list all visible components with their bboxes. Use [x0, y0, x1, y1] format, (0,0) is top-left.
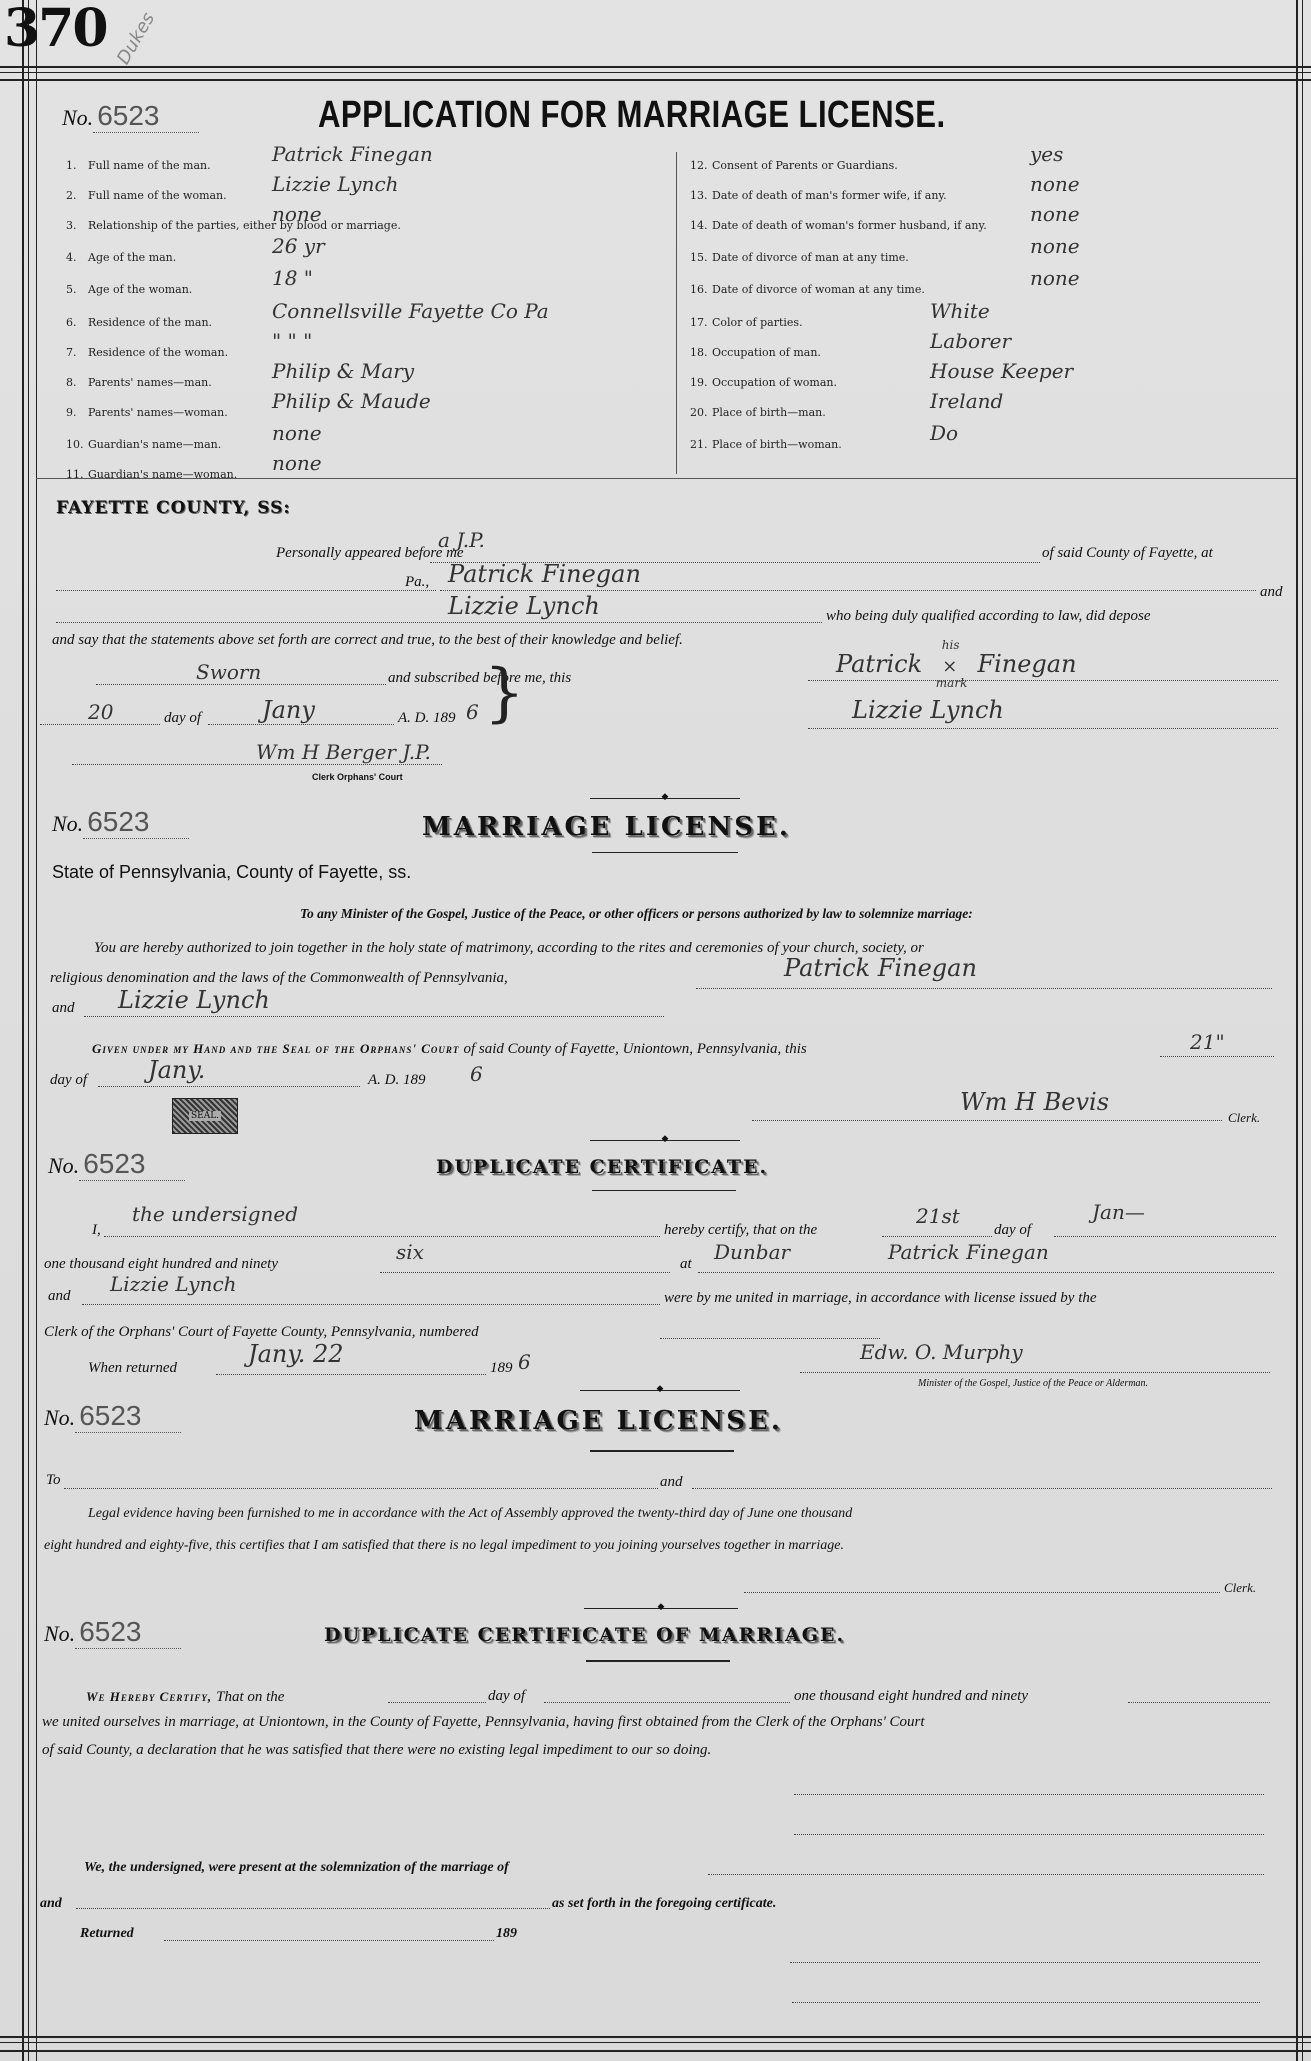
returned-year: 189	[496, 1926, 517, 1942]
certify-text: hereby certify, that on the	[664, 1222, 817, 1239]
application-field-row: 20.Place of birth—man.	[690, 403, 826, 421]
license-month: Jany.	[148, 1056, 205, 1084]
bottom-rule	[0, 2036, 1311, 2038]
statement-text: and say that the statements above set fo…	[52, 632, 683, 649]
field-number: 13.	[690, 189, 712, 202]
day-of-text: day of	[50, 1072, 87, 1089]
field-number: 6.	[66, 316, 88, 329]
given-caps: Given under my Hand and the Seal of the …	[92, 1041, 459, 1056]
application-field-row: 19.Occupation of woman.	[690, 373, 837, 391]
field-number: 15.	[690, 251, 712, 264]
and-text: and	[40, 1896, 62, 1912]
returned-year-digit: 6	[518, 1350, 531, 1374]
number-value: 6523	[75, 1400, 181, 1433]
that-on-text: That on the	[216, 1689, 284, 1705]
signature-line-1	[794, 1794, 1264, 1795]
given-day: 21"	[1190, 1030, 1225, 1054]
returned-line	[164, 1940, 494, 1941]
field-label: Full name of the man.	[88, 159, 211, 172]
field-value: none	[272, 421, 322, 445]
year-text: one thousand eight hundred and ninety	[44, 1256, 278, 1273]
seal-text: SEAL.	[189, 1111, 221, 1121]
field-label: Consent of Parents or Guardians.	[712, 159, 898, 172]
license2-title: MARRIAGE LICENSE.	[414, 1406, 783, 1436]
man-name-line	[696, 988, 1272, 989]
field-number: 5.	[66, 283, 88, 296]
dup-cert-day: 21st	[916, 1204, 960, 1228]
of-county-text: of said County of Fayette, at	[1042, 545, 1213, 562]
mark-block: his × mark	[930, 650, 970, 678]
field-value: Laborer	[930, 329, 1011, 353]
application-field-row: 2.Full name of the woman.	[66, 186, 227, 204]
pencil-note: Dukes	[113, 9, 159, 68]
declaration-line: of said County, a declaration that he wa…	[42, 1742, 711, 1759]
his-text: his	[942, 638, 960, 652]
woman-name-line	[82, 1304, 660, 1305]
dup-cert-title: DUPLICATE CERTIFICATE.	[436, 1156, 768, 1178]
field-value: Philip & Maude	[272, 389, 431, 413]
number-value: 6523	[75, 1616, 181, 1649]
month-line	[1054, 1236, 1276, 1237]
woman-signature: Lizzie Lynch	[852, 696, 1004, 724]
field-label: Occupation of man.	[712, 346, 821, 359]
ad-text: A. D. 189	[398, 710, 456, 727]
month-line	[544, 1702, 790, 1703]
and-text: and	[52, 1000, 75, 1017]
number-value: 6523	[93, 100, 199, 133]
application-field-row: 10.Guardian's name—man.	[66, 435, 221, 453]
title-underline	[592, 852, 738, 853]
and-text: and	[1260, 584, 1283, 601]
field-value: none	[272, 202, 322, 226]
field-number: 1.	[66, 159, 88, 172]
number-label: No.	[62, 105, 93, 130]
application-field-row: 16.Date of divorce of woman at any time.	[690, 280, 925, 298]
cert-marriage-number: No.6523	[44, 1616, 181, 1649]
right-border-rule	[1302, 0, 1303, 2061]
field-label: Parents' names—man.	[88, 376, 212, 389]
clerk-text: Clerk.	[1224, 1580, 1256, 1596]
i-text: I,	[92, 1222, 101, 1239]
evidence-line-1: Legal evidence having been furnished to …	[88, 1506, 852, 1522]
license-man-name: Patrick Finegan	[784, 954, 977, 982]
application-field-row: 8.Parents' names—man.	[66, 373, 212, 391]
application-field-row: 15.Date of divorce of man at any time.	[690, 248, 909, 266]
man-signature-first: Patrick	[836, 650, 922, 678]
day-of-text: day of	[994, 1222, 1031, 1239]
and-line	[692, 1488, 1272, 1489]
field-number: 16.	[690, 283, 712, 296]
given-day-line	[1160, 1056, 1274, 1057]
field-value: Philip & Mary	[272, 359, 414, 383]
application-field-row: 14.Date of death of woman's former husba…	[690, 216, 987, 234]
man-signature-last: Finegan	[977, 650, 1076, 678]
dup-cert-man-name: Patrick Finegan	[888, 1240, 1049, 1264]
signer-caption: Clerk Orphans' Court	[312, 772, 403, 782]
field-value: Connellsville Fayette Co Pa	[272, 299, 549, 323]
field-label: Occupation of woman.	[712, 376, 837, 389]
license-number: No.6523	[52, 806, 189, 839]
field-number: 4.	[66, 251, 88, 264]
united-text: were by me united in marriage, in accord…	[664, 1290, 1097, 1307]
to-line	[64, 1488, 658, 1489]
application-field-row: 12.Consent of Parents or Guardians.	[690, 156, 898, 174]
clerk-line	[744, 1592, 1220, 1593]
clerk-signature: Wm H Bevis	[960, 1088, 1109, 1116]
title-underline	[586, 1660, 730, 1662]
state-line: State of Pennsylvania, County of Fayette…	[52, 862, 411, 883]
field-value: House Keeper	[930, 359, 1073, 383]
sworn-value: Sworn	[196, 660, 261, 684]
cert-marriage-title: DUPLICATE CERTIFICATE OF MARRIAGE.	[324, 1624, 845, 1646]
subscribed-text: and subscribed before me, this	[388, 670, 571, 687]
i-value: the undersigned	[132, 1202, 298, 1226]
field-label: Date of divorce of man at any time.	[712, 251, 909, 264]
mark-text: mark	[936, 676, 968, 690]
signature-line-3	[790, 1962, 1260, 1963]
ledger-page: 370 Dukes No.6523 APPLICATION FOR MARRIA…	[0, 0, 1311, 2061]
ornament-divider	[590, 1140, 740, 1141]
license-woman-name: Lizzie Lynch	[118, 986, 270, 1014]
signer-line	[72, 764, 442, 765]
affidavit-month: Jany	[262, 696, 315, 724]
appeared-text: Personally appeared before me	[276, 545, 464, 562]
field-value: Patrick Finegan	[272, 142, 433, 166]
and-text: and	[48, 1288, 71, 1305]
column-divider	[676, 152, 677, 474]
field-label: Residence of the man.	[88, 316, 212, 329]
field-value: none	[1030, 234, 1080, 258]
field-number: 19.	[690, 376, 712, 389]
affidavit-signer: Wm H Berger J.P.	[256, 740, 431, 764]
dup-cert-year: six	[396, 1240, 424, 1264]
woman-name-line	[56, 622, 822, 623]
authorize-line-2: religious denomination and the laws of t…	[50, 970, 508, 987]
field-number: 14.	[690, 219, 712, 232]
witness-line	[708, 1874, 1264, 1875]
field-number: 2.	[66, 189, 88, 202]
appeared-value: a J.P.	[438, 528, 485, 552]
officiant-signature: Edw. O. Murphy	[860, 1340, 1023, 1364]
field-number: 17.	[690, 316, 712, 329]
title-underline	[592, 1190, 736, 1191]
dup-cert-month: Jan—	[1092, 1200, 1145, 1224]
top-rule	[0, 79, 1311, 81]
pa-line	[56, 590, 436, 591]
field-value: White	[930, 299, 990, 323]
affidavit-woman-name: Lizzie Lynch	[448, 592, 600, 620]
x-mark: ×	[942, 656, 957, 677]
left-border-rule	[36, 0, 37, 2061]
field-number: 9.	[66, 406, 88, 419]
field-label: Age of the woman.	[88, 283, 192, 296]
field-value: 18 "	[272, 266, 313, 290]
woman-name-line	[84, 1016, 664, 1017]
field-label: Relationship of the parties, either by b…	[88, 219, 401, 232]
field-label: Place of birth—woman.	[712, 438, 842, 451]
left-border-rule	[22, 0, 24, 2061]
field-number: 21.	[690, 438, 712, 451]
field-label: Age of the man.	[88, 251, 176, 264]
field-label: Date of death of woman's former husband,…	[712, 219, 987, 232]
field-number: 10.	[66, 438, 88, 451]
number-value: 6523	[79, 1148, 185, 1181]
application-number: No.6523	[62, 100, 199, 133]
license-title: MARRIAGE LICENSE.	[422, 812, 791, 842]
field-label: Date of divorce of woman at any time.	[712, 283, 925, 296]
man-name-line	[440, 590, 1256, 591]
clerk-signature-line	[752, 1120, 1222, 1121]
sworn-line	[96, 684, 386, 685]
and-text: and	[660, 1474, 683, 1491]
signature-line-4	[792, 2002, 1260, 2003]
application-field-row: 7.Residence of the woman.	[66, 343, 228, 361]
numbered-line	[660, 1338, 880, 1339]
field-value: yes	[1030, 142, 1063, 166]
signature-line-2	[794, 1834, 1264, 1835]
dup-cert-number: No.6523	[48, 1148, 185, 1181]
witness-text: We, the undersigned, were present at the…	[84, 1860, 509, 1876]
officiant-caption: Minister of the Gospel, Justice of the P…	[918, 1378, 1148, 1389]
year-text: one thousand eight hundred and ninety	[794, 1688, 1028, 1705]
license2-number: No.6523	[44, 1400, 181, 1433]
affidavit-day: 20	[88, 700, 113, 724]
bottom-rule	[0, 2042, 1311, 2043]
number-label: No.	[52, 811, 83, 836]
ad-text: A. D. 189	[368, 1072, 426, 1089]
returned-year-prefix: 189	[490, 1360, 513, 1377]
field-value: 26 yr	[272, 234, 325, 258]
day-line	[882, 1236, 992, 1237]
number-value: 6523	[83, 806, 189, 839]
place-line	[698, 1272, 1274, 1273]
day-line	[388, 1702, 486, 1703]
application-field-row: 18.Occupation of man.	[690, 343, 821, 361]
month-line	[98, 1086, 360, 1087]
application-title: APPLICATION FOR MARRIAGE LICENSE.	[318, 94, 946, 137]
returned-text: Returned	[80, 1926, 134, 1942]
field-value: none	[1030, 172, 1080, 196]
ornament-divider	[590, 798, 740, 799]
ornament-divider	[580, 1390, 740, 1391]
man-signature: Patrick his × mark Finegan	[836, 650, 1077, 678]
page-number: 370	[4, 0, 107, 59]
brace: }	[484, 656, 525, 730]
field-number: 12.	[690, 159, 712, 172]
dup-cert-woman-name: Lizzie Lynch	[110, 1272, 237, 1296]
address-line: To any Minister of the Gospel, Justice o…	[300, 906, 973, 922]
number-label: No.	[44, 1621, 75, 1646]
field-value: Lizzie Lynch	[272, 172, 399, 196]
field-value: none	[272, 451, 322, 475]
we-certify-line: We Hereby Certify, That on the	[86, 1688, 284, 1706]
given-rest: of said County of Fayette, Uniontown, Pe…	[463, 1041, 806, 1057]
field-value: none	[1030, 266, 1080, 290]
dup-cert-place: Dunbar	[714, 1240, 790, 1264]
seal-stamp: SEAL.	[172, 1098, 238, 1134]
application-field-row: 6.Residence of the man.	[66, 313, 212, 331]
application-field-row: 9.Parents' names—woman.	[66, 403, 228, 421]
evidence-line-2: eight hundred and eighty-five, this cert…	[44, 1538, 844, 1554]
affidavit-heading: FAYETTE COUNTY, ss:	[56, 498, 291, 518]
field-number: 3.	[66, 219, 88, 232]
number-label: No.	[48, 1153, 79, 1178]
officiant-line	[800, 1372, 1270, 1373]
field-label: Full name of the woman.	[88, 189, 227, 202]
field-number: 11.	[66, 468, 88, 481]
field-label: Color of parties.	[712, 316, 803, 329]
field-label: Date of death of man's former wife, if a…	[712, 189, 947, 202]
ornament-divider	[584, 1608, 738, 1609]
right-border-rule	[1296, 0, 1298, 2061]
field-value: " " "	[272, 329, 312, 353]
bottom-rule	[0, 2050, 1311, 2052]
returned-text: When returned	[88, 1360, 177, 1377]
application-field-row: 21.Place of birth—woman.	[690, 435, 842, 453]
day-of-text: day of	[164, 710, 201, 727]
day-line	[40, 724, 160, 725]
clerk-numbered-text: Clerk of the Orphans' Court of Fayette C…	[44, 1324, 479, 1341]
and-line	[76, 1908, 550, 1909]
field-label: Residence of the woman.	[88, 346, 228, 359]
qualified-text: who being duly qualified according to la…	[826, 608, 1151, 625]
field-value: Do	[930, 421, 958, 445]
field-number: 7.	[66, 346, 88, 359]
field-number: 18.	[690, 346, 712, 359]
we-certify-caps: We Hereby Certify,	[86, 1689, 212, 1704]
field-number: 8.	[66, 376, 88, 389]
application-field-row: 13.Date of death of man's former wife, i…	[690, 186, 947, 204]
woman-signature-line	[808, 728, 1278, 729]
affidavit-man-name: Patrick Finegan	[448, 560, 641, 588]
year-line	[380, 1272, 670, 1273]
field-number: 20.	[690, 406, 712, 419]
application-field-row: 11.Guardian's name—woman.	[66, 465, 237, 483]
affidavit-year-digit: 6	[466, 700, 479, 724]
returned-line	[216, 1374, 486, 1375]
clerk-text: Clerk.	[1228, 1110, 1260, 1126]
pa-text: Pa.,	[405, 574, 429, 591]
field-value: Ireland	[930, 389, 1003, 413]
i-value-line	[104, 1236, 660, 1237]
title-underline	[590, 1450, 734, 1452]
united-line: we united ourselves in marriage, at Unio…	[42, 1714, 925, 1731]
day-of-text: day of	[488, 1688, 525, 1705]
field-label: Place of birth—man.	[712, 406, 826, 419]
top-rule	[0, 72, 1311, 73]
top-rule	[0, 66, 1311, 68]
application-field-row: 17.Color of parties.	[690, 313, 803, 331]
number-label: No.	[44, 1405, 75, 1430]
man-signature-line	[808, 680, 1278, 681]
at-text: at	[680, 1256, 692, 1273]
application-field-row: 5.Age of the woman.	[66, 280, 192, 298]
field-label: Parents' names—woman.	[88, 406, 228, 419]
returned-value: Jany. 22	[248, 1340, 344, 1368]
left-border-rule	[28, 0, 29, 2061]
field-label: Guardian's name—man.	[88, 438, 221, 451]
application-field-row: 3.Relationship of the parties, either by…	[66, 216, 401, 234]
year-line	[1128, 1702, 1270, 1703]
month-line	[208, 724, 394, 725]
license-year-digit: 6	[470, 1062, 483, 1086]
field-label: Guardian's name—woman.	[88, 468, 237, 481]
application-field-row: 4.Age of the man.	[66, 248, 176, 266]
to-text: To	[46, 1472, 60, 1489]
foregoing-text: as set forth in the foregoing certificat…	[552, 1896, 776, 1912]
field-value: none	[1030, 202, 1080, 226]
application-field-row: 1.Full name of the man.	[66, 156, 211, 174]
